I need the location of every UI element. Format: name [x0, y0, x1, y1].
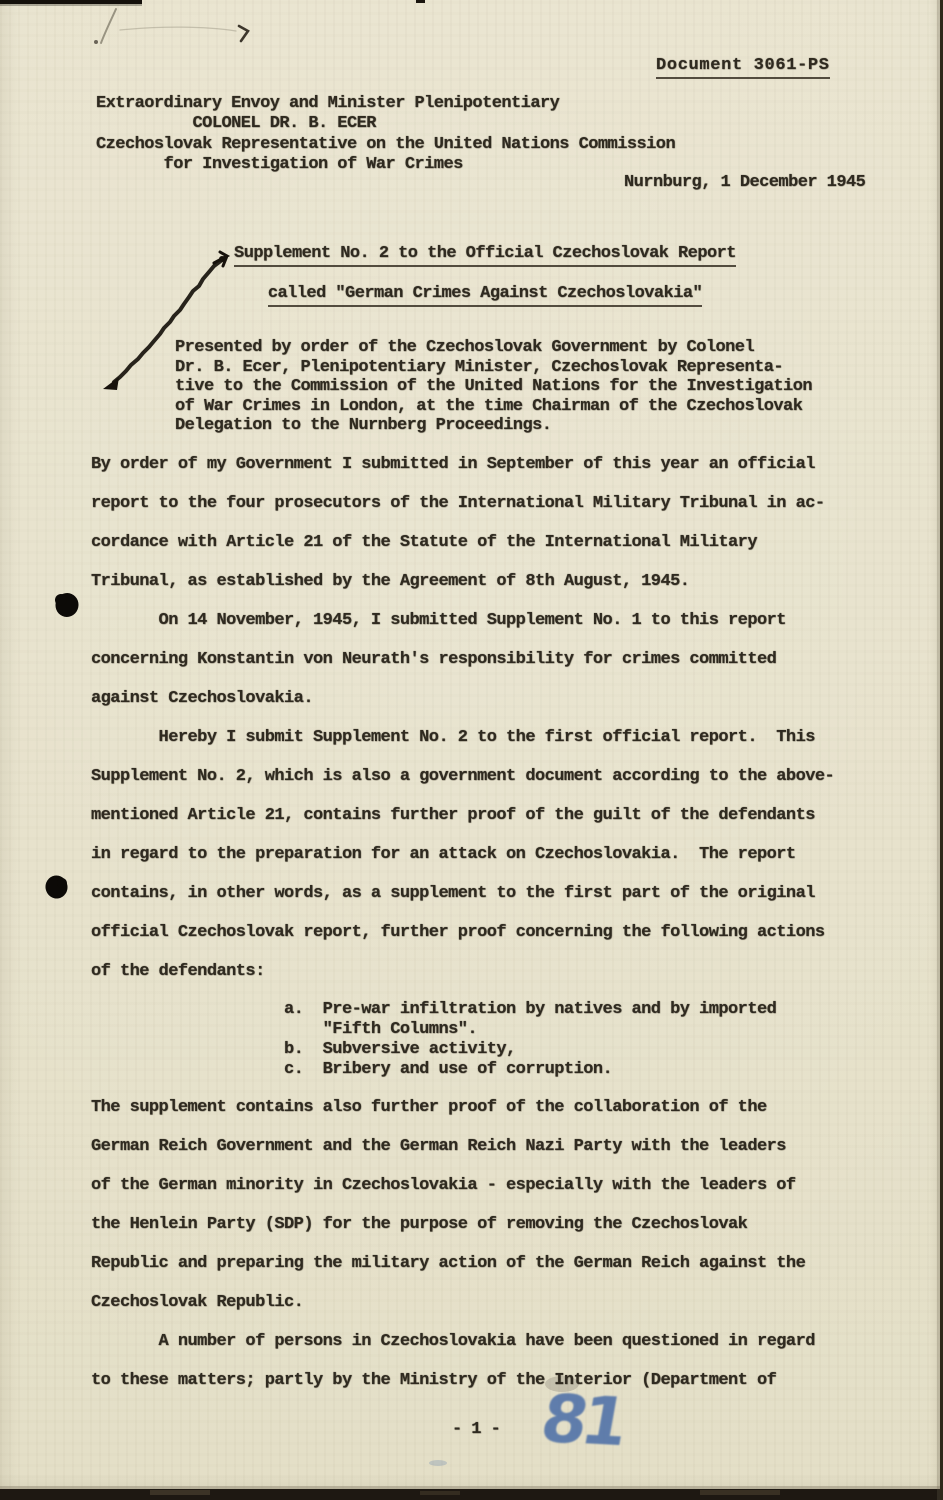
handwritten-archive-number: 81: [535, 1380, 628, 1461]
body-paragraph: By order of my Government I submitted in…: [91, 455, 834, 611]
page-number: - 1 -: [452, 1420, 500, 1439]
punch-holes: [44, 591, 81, 900]
body-paragraph: The supplement contains also further pro…: [91, 1098, 834, 1332]
text-line: On 14 November, 1945, I submitted Supple…: [91, 611, 834, 650]
text-line: mentioned Article 21, contains further p…: [91, 806, 834, 845]
presented-by-block: Presented by order of the Czechoslovak G…: [175, 338, 812, 436]
scanned-document-page: Document 3061-PS Extraordinary Envoy and…: [0, 0, 943, 1500]
text-line: of the German minority in Czechoslovakia…: [91, 1176, 834, 1215]
text-line: of the defendants:: [91, 962, 834, 1001]
document-number-text: Document 3061-PS: [656, 56, 830, 79]
text-line: concerning Konstantin von Neurath's resp…: [91, 650, 834, 689]
text-line: Supplement No. 2, which is also a govern…: [91, 767, 834, 806]
text-line: against Czechoslovakia.: [91, 689, 834, 728]
text-line: Delegation to the Nurnberg Proceedings.: [175, 416, 812, 436]
body-paragraph: Hereby I submit Supplement No. 2 to the …: [91, 728, 834, 1001]
text-line: b. Subversive activity,: [91, 1041, 834, 1061]
scan-edge-bottom: [0, 1486, 943, 1500]
report-title: Supplement No. 2 to the Official Czechos…: [120, 244, 850, 324]
text-line: in regard to the preparation for an atta…: [91, 845, 834, 884]
text-line: COLONEL DR. B. ECER: [96, 114, 675, 134]
text-line: contains, in other words, as a supplemen…: [91, 884, 834, 923]
sender-address-block: Extraordinary Envoy and Minister Plenipo…: [96, 94, 675, 175]
text-line: Hereby I submit Supplement No. 2 to the …: [91, 728, 834, 767]
text-line: a. Pre-war infiltration by natives and b…: [91, 1001, 834, 1021]
text-line: of War Crimes in London, at the time Cha…: [175, 397, 812, 417]
text-line: the Henlein Party (SDP) for the purpose …: [91, 1215, 834, 1254]
document-number: Document 3061-PS: [656, 56, 830, 75]
text-line: cordance with Article 21 of the Statute …: [91, 533, 834, 572]
pencil-marks: [94, 9, 248, 44]
text-line: tive to the Commission of the United Nat…: [175, 377, 812, 397]
body-paragraph: On 14 November, 1945, I submitted Supple…: [91, 611, 834, 728]
list-block: a. Pre-war infiltration by natives and b…: [91, 1001, 834, 1081]
text-line: German Reich Government and the German R…: [91, 1137, 834, 1176]
text-line: The supplement contains also further pro…: [91, 1098, 834, 1137]
text-line: official Czechoslovak report, further pr…: [91, 923, 834, 962]
text-line: Czechoslovak Representative on the Unite…: [96, 135, 675, 155]
date-line: Nurnburg, 1 December 1945: [624, 173, 865, 192]
text-line: c. Bribery and use of corruption.: [91, 1061, 834, 1081]
title-line: called "German Crimes Against Czechoslov…: [120, 284, 850, 324]
text-line: Tribunal, as established by the Agreemen…: [91, 572, 834, 611]
title-line-2-text: called "German Crimes Against Czechoslov…: [268, 284, 702, 307]
body-paragraph: A number of persons in Czechoslovakia ha…: [91, 1332, 834, 1410]
text-line: Dr. B. Ecer, Plenipotentiary Minister, C…: [175, 358, 812, 378]
scan-edge-top: [0, 0, 142, 4]
title-line: Supplement No. 2 to the Official Czechos…: [120, 244, 850, 284]
document-body: By order of my Government I submitted in…: [91, 455, 834, 1410]
title-line-1-text: Supplement No. 2 to the Official Czechos…: [234, 244, 736, 267]
text-line: for Investigation of War Crimes: [96, 155, 675, 175]
text-line: Republic and preparing the military acti…: [91, 1254, 834, 1293]
text-line: report to the four prosecutors of the In…: [91, 494, 834, 533]
text-line: Czechoslovak Republic.: [91, 1293, 834, 1332]
text-line: Presented by order of the Czechoslovak G…: [175, 338, 812, 358]
text-line: A number of persons in Czechoslovakia ha…: [91, 1332, 834, 1371]
text-line: By order of my Government I submitted in…: [91, 455, 834, 494]
text-line: "Fifth Columns".: [91, 1021, 834, 1041]
text-line: Extraordinary Envoy and Minister Plenipo…: [96, 94, 675, 114]
text-line: to these matters; partly by the Ministry…: [91, 1371, 834, 1410]
